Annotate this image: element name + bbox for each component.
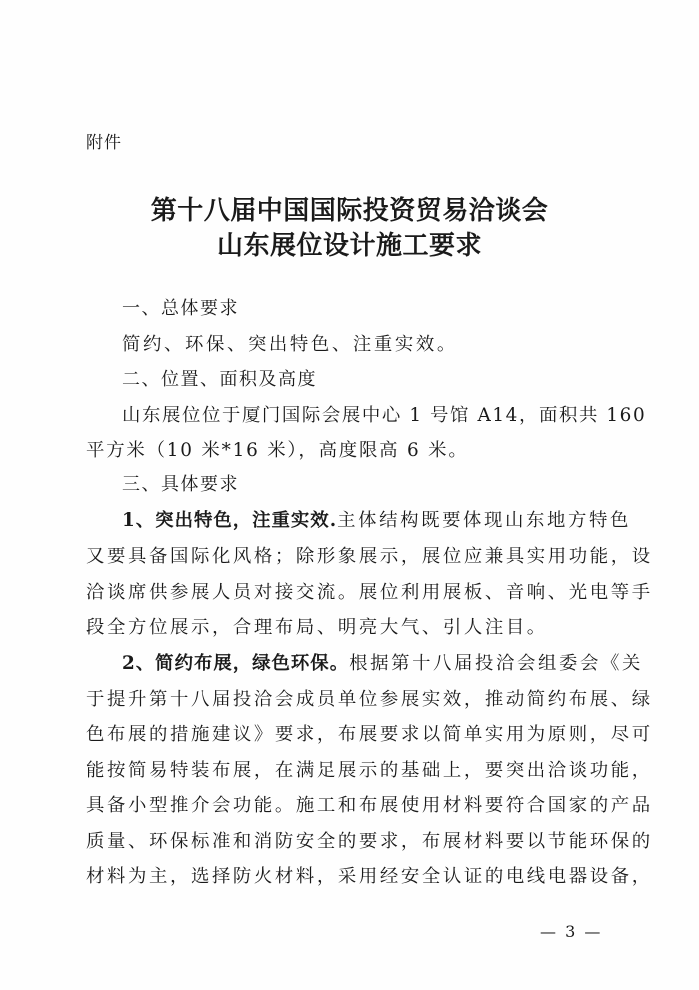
item-2-first-line: 2、简约布展，绿色环保。根据第十八届投洽会组委会《关 bbox=[122, 653, 602, 675]
document-title-line2: 山东展位设计施工要求 bbox=[0, 225, 699, 262]
section-heading-general: 一、总体要求 bbox=[122, 298, 602, 320]
item-1-line: 又要具备国际化风格；除形象展示，展位应兼具实用功能，设 bbox=[86, 546, 602, 568]
item-2-rest: 根据第十八届投洽会组委会《关 bbox=[349, 653, 643, 674]
item-2-line: 质量、环保标准和消防安全的要求，布展材料要以节能环保的 bbox=[86, 831, 602, 853]
item-2-line: 材料为主，选择防火材料，采用经安全认证的电线电器设备， bbox=[86, 866, 602, 888]
item-2-lead: 2、简约布展，绿色环保。 bbox=[122, 653, 349, 674]
section-text: 平方米（10 米*16 米），高度限高 6 米。 bbox=[86, 440, 602, 462]
section-heading-location: 二、位置、面积及高度 bbox=[122, 369, 602, 391]
item-2-line: 色布展的措施建议》要求，布展要求以简单实用为原则，尽可 bbox=[86, 724, 602, 746]
item-1-line: 洽谈席供参展人员对接交流。展位利用展板、音响、光电等手 bbox=[86, 582, 602, 604]
section-heading-specific: 三、具体要求 bbox=[122, 474, 602, 496]
attachment-label: 附件 bbox=[86, 128, 122, 153]
document-title-line1: 第十八届中国国际投资贸易洽谈会 bbox=[0, 190, 699, 227]
page-number: — 3 — bbox=[540, 922, 602, 941]
item-2-line: 具备小型推介会功能。施工和布展使用材料要符合国家的产品 bbox=[86, 795, 602, 817]
item-1-first-line: 1、突出特色，注重实效.主体结构既要体现山东地方特色 bbox=[122, 510, 602, 532]
item-2-line: 于提升第十八届投洽会成员单位参展实效，推动简约布展、绿 bbox=[86, 689, 602, 711]
section-text: 山东展位位于厦门国际会展中心 1 号馆 A14，面积共 160 bbox=[122, 405, 602, 427]
section-text: 简约、环保、突出特色、注重实效。 bbox=[122, 334, 602, 356]
item-1-line: 段全方位展示，合理布局、明亮大气、引人注目。 bbox=[86, 617, 602, 639]
item-1-lead: 1、突出特色，注重实效. bbox=[122, 510, 337, 531]
document-page: 附件 第十八届中国国际投资贸易洽谈会 山东展位设计施工要求 一、总体要求 简约、… bbox=[0, 0, 699, 990]
item-1-rest: 主体结构既要体现山东地方特色 bbox=[337, 510, 631, 531]
item-2-line: 能按简易特装布展，在满足展示的基础上，要突出洽谈功能， bbox=[86, 760, 602, 782]
